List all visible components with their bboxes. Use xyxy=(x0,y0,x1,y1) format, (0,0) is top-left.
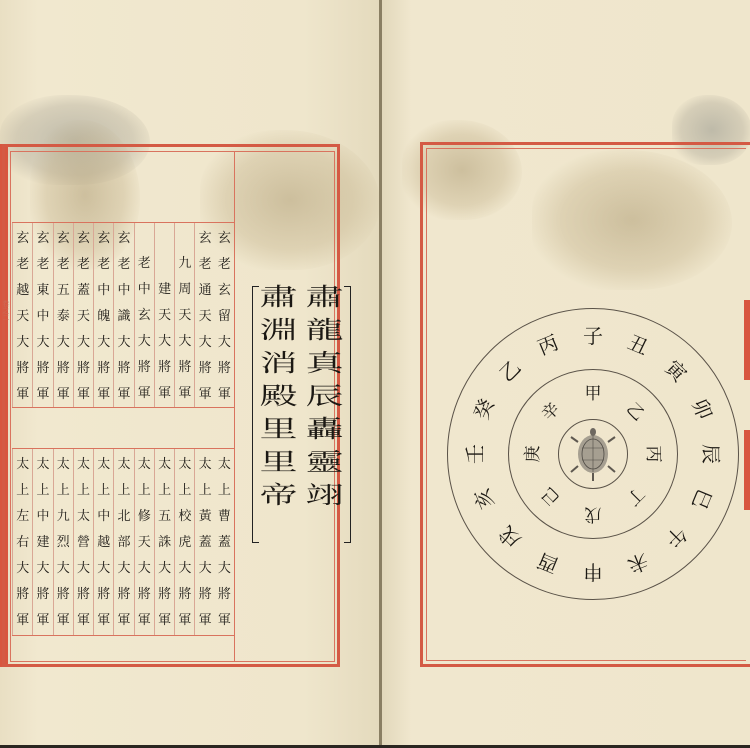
table-character: 軍 xyxy=(57,382,70,408)
bottom-register: 太上曹蓋大將軍太上黃蓋大將軍太上校虎大將軍太上五誅大將軍太上修天大將軍太上北部大… xyxy=(12,448,234,636)
table-character: 將 xyxy=(118,356,131,382)
table-character: 九 xyxy=(57,504,70,530)
ring-character: 庚 xyxy=(518,439,548,469)
table-character: 軍 xyxy=(138,381,151,407)
table-character: 大 xyxy=(36,556,49,582)
table-character: 大 xyxy=(178,329,191,355)
table-character: 老 xyxy=(218,252,231,278)
table-character: 大 xyxy=(36,330,49,356)
table-character: 大 xyxy=(199,556,212,582)
table-character: 大 xyxy=(16,330,29,356)
table-character: 老 xyxy=(16,252,29,278)
table-character: 將 xyxy=(16,356,29,382)
table-character: 玄 xyxy=(138,303,151,329)
table-character: 大 xyxy=(97,330,110,356)
table-character: 將 xyxy=(158,355,171,381)
table-column: 太上黃蓋大將軍 xyxy=(194,449,214,635)
table-character: 烈 xyxy=(57,530,70,556)
table-column: 太上太營大將軍 xyxy=(73,449,93,635)
seal-character: 肅 xyxy=(305,285,341,309)
table-character: 周 xyxy=(178,277,191,303)
table-character: 大 xyxy=(218,556,231,582)
table-character: 建 xyxy=(36,530,49,556)
table-character: 將 xyxy=(77,356,90,382)
table-column: 玄老通天大將軍 xyxy=(194,223,214,407)
page-edge-band xyxy=(744,300,750,380)
table-character: 蓋 xyxy=(77,278,90,304)
table-character: 將 xyxy=(36,582,49,608)
table-character: 軍 xyxy=(36,608,49,634)
table-character: 大 xyxy=(178,556,191,582)
left-page: 卷之二 玄老玄留大將軍玄老通天大將軍九周天大將軍建天大將軍老中玄大將軍玄老中識大… xyxy=(0,0,380,745)
table-character: 太 xyxy=(199,452,212,478)
table-character: 黃 xyxy=(199,504,212,530)
table-column: 玄老中魄大將軍 xyxy=(93,223,113,407)
table-character: 中 xyxy=(97,504,110,530)
table-character: 北 xyxy=(118,504,131,530)
table-character: 將 xyxy=(178,582,191,608)
table-column: 太上中越大將軍 xyxy=(93,449,113,635)
open-book: 卷之二 玄老玄留大將軍玄老通天大將軍九周天大將軍建天大將軍老中玄大將軍玄老中識大… xyxy=(0,0,750,748)
ring-character: 甲 xyxy=(578,379,608,409)
table-column: 太上五誅大將軍 xyxy=(154,449,174,635)
table-character: 大 xyxy=(158,556,171,582)
table-character: 玄 xyxy=(218,226,231,252)
table-character: 曹 xyxy=(218,504,231,530)
table-character: 泰 xyxy=(57,304,70,330)
table-character: 將 xyxy=(199,582,212,608)
margin-note: 卷之二 xyxy=(3,300,11,410)
table-character: 玄 xyxy=(16,226,29,252)
table-character: 老 xyxy=(138,251,151,277)
table-character: 將 xyxy=(36,356,49,382)
table-character: 天 xyxy=(138,530,151,556)
page-edge-band xyxy=(744,430,750,510)
table-character: 太 xyxy=(57,452,70,478)
seal-character: 帝 xyxy=(259,483,295,507)
table-character: 營 xyxy=(77,530,90,556)
table-character: 太 xyxy=(178,452,191,478)
table-character: 太 xyxy=(218,452,231,478)
table-character: 蓋 xyxy=(218,530,231,556)
table-character: 中 xyxy=(138,277,151,303)
seal-character: 消 xyxy=(259,351,295,375)
table-character: 太 xyxy=(36,452,49,478)
table-column: 太上校虎大將軍 xyxy=(174,449,194,635)
seal-character: 淵 xyxy=(259,318,295,342)
table-character: 大 xyxy=(158,329,171,355)
table-character: 大 xyxy=(57,330,70,356)
table-character: 大 xyxy=(138,556,151,582)
table-character: 軍 xyxy=(199,382,212,408)
table-character: 軍 xyxy=(199,608,212,634)
table-character: 上 xyxy=(218,478,231,504)
table-character: 太 xyxy=(77,504,90,530)
table-character: 上 xyxy=(138,478,151,504)
table-character: 太 xyxy=(77,452,90,478)
table-character: 上 xyxy=(16,478,29,504)
table-character: 部 xyxy=(118,530,131,556)
table-character: 老 xyxy=(36,252,49,278)
table-character: 玄 xyxy=(57,226,70,252)
table-character: 大 xyxy=(16,556,29,582)
table-character: 天 xyxy=(77,304,90,330)
table-column: 玄老五泰大將軍 xyxy=(53,223,73,407)
seal-character: 翊 xyxy=(305,483,341,507)
table-character: 軍 xyxy=(118,608,131,634)
table-character: 玄 xyxy=(118,226,131,252)
table-character: 大 xyxy=(118,330,131,356)
table-character: 五 xyxy=(57,278,70,304)
table-character: 大 xyxy=(138,329,151,355)
table-character: 老 xyxy=(199,252,212,278)
seal-character: 殿 xyxy=(259,384,295,408)
table-character: 校 xyxy=(178,504,191,530)
table-character: 軍 xyxy=(77,382,90,408)
table-character: 天 xyxy=(199,304,212,330)
table-column: 九周天大將軍 xyxy=(174,223,194,407)
table-character: 軍 xyxy=(97,382,110,408)
table-character: 上 xyxy=(199,478,212,504)
table-character: 越 xyxy=(97,530,110,556)
table-character: 玄 xyxy=(199,226,212,252)
table-character: 將 xyxy=(97,582,110,608)
table-character: 天 xyxy=(158,303,171,329)
table-character: 玄 xyxy=(77,226,90,252)
table-character: 大 xyxy=(218,330,231,356)
table-character: 大 xyxy=(97,556,110,582)
seal-character: 里 xyxy=(259,417,295,441)
table-character: 軍 xyxy=(178,381,191,407)
table-character: 老 xyxy=(118,252,131,278)
table-column: 太上左右大將軍 xyxy=(12,449,32,635)
table-character: 中 xyxy=(36,504,49,530)
table-character: 軍 xyxy=(36,382,49,408)
table-character: 太 xyxy=(97,452,110,478)
table-character: 五 xyxy=(158,504,171,530)
table-character: 天 xyxy=(178,303,191,329)
table-column: 玄老中識大將軍 xyxy=(113,223,133,407)
table-character: 上 xyxy=(77,478,90,504)
table-character: 將 xyxy=(158,582,171,608)
table-character: 上 xyxy=(57,478,70,504)
table-character: 上 xyxy=(118,478,131,504)
seal-character: 真 xyxy=(305,351,341,375)
table-character: 越 xyxy=(16,278,29,304)
table-column: 太上北部大將軍 xyxy=(113,449,133,635)
table-character: 建 xyxy=(158,277,171,303)
table-column: 老中玄大將軍 xyxy=(134,223,154,407)
table-character: 修 xyxy=(138,504,151,530)
table-character: 將 xyxy=(57,582,70,608)
table-column: 玄老越天大將軍 xyxy=(12,223,32,407)
table-character: 天 xyxy=(16,304,29,330)
ring-character: 子 xyxy=(578,321,608,351)
table-character: 大 xyxy=(118,556,131,582)
table-character: 中 xyxy=(97,278,110,304)
table-character: 左 xyxy=(16,504,29,530)
table-character: 太 xyxy=(16,452,29,478)
table-character: 軍 xyxy=(97,608,110,634)
table-character: 右 xyxy=(16,530,29,556)
table-character: 將 xyxy=(16,582,29,608)
table-character: 將 xyxy=(57,356,70,382)
table-column: 建天大將軍 xyxy=(154,223,174,407)
top-register: 玄老玄留大將軍玄老通天大將軍九周天大將軍建天大將軍老中玄大將軍玄老中識大將軍玄老… xyxy=(12,222,234,408)
table-character: 軍 xyxy=(178,608,191,634)
seal-character: 轟 xyxy=(305,417,341,441)
seal-script-title: 肅龍真辰轟靈翊肅淵消殿里里帝 xyxy=(252,280,348,545)
ring-character: 辰 xyxy=(696,439,726,469)
ring-character: 壬 xyxy=(460,439,490,469)
table-character: 虎 xyxy=(178,530,191,556)
ring-character: 申 xyxy=(578,557,608,587)
seal-title-column: 肅淵消殿里里帝 xyxy=(255,280,299,545)
table-character: 將 xyxy=(138,582,151,608)
table-character: 軍 xyxy=(16,382,29,408)
ring-character: 戊 xyxy=(578,499,608,529)
table-character: 中 xyxy=(118,278,131,304)
table-column: 太上九烈大將軍 xyxy=(53,449,73,635)
table-character: 大 xyxy=(57,556,70,582)
table-character: 上 xyxy=(178,478,191,504)
table-character: 玄 xyxy=(36,226,49,252)
table-column: 太上中建大將軍 xyxy=(32,449,52,635)
seal-character: 靈 xyxy=(305,450,341,474)
table-column: 太上修天大將軍 xyxy=(134,449,154,635)
ring-character: 丙 xyxy=(638,439,668,469)
table-character: 軍 xyxy=(158,608,171,634)
table-character: 大 xyxy=(77,556,90,582)
table-character: 軍 xyxy=(16,608,29,634)
table-character: 將 xyxy=(97,356,110,382)
table-character: 將 xyxy=(138,355,151,381)
seal-character: 龍 xyxy=(305,318,341,342)
table-character: 大 xyxy=(77,330,90,356)
table-character: 老 xyxy=(57,252,70,278)
table-character: 魄 xyxy=(97,304,110,330)
table-character: 通 xyxy=(199,278,212,304)
table-column: 太上曹蓋大將軍 xyxy=(215,449,234,635)
table-column: 玄老東中大將軍 xyxy=(32,223,52,407)
table-character: 誅 xyxy=(158,530,171,556)
table-character: 將 xyxy=(199,356,212,382)
table-character: 老 xyxy=(77,252,90,278)
table-character: 中 xyxy=(36,304,49,330)
table-character: 上 xyxy=(36,478,49,504)
seal-character: 肅 xyxy=(259,285,295,309)
table-character: 上 xyxy=(158,478,171,504)
table-character: 將 xyxy=(178,355,191,381)
table-character: 太 xyxy=(158,452,171,478)
table-character: 上 xyxy=(97,478,110,504)
table-character: 玄 xyxy=(218,278,231,304)
table-character: 太 xyxy=(118,452,131,478)
table-character: 軍 xyxy=(77,608,90,634)
table-character: 太 xyxy=(138,452,151,478)
table-character: 玄 xyxy=(97,226,110,252)
table-character: 軍 xyxy=(118,382,131,408)
table-column: 玄老玄留大將軍 xyxy=(215,223,234,407)
table-character: 大 xyxy=(199,330,212,356)
table-character: 軍 xyxy=(218,382,231,408)
table-character: 留 xyxy=(218,304,231,330)
table-character: 軍 xyxy=(138,608,151,634)
table-character: 蓋 xyxy=(199,530,212,556)
table-column: 玄老蓋天大將軍 xyxy=(73,223,93,407)
seal-character: 辰 xyxy=(305,384,341,408)
table-character: 軍 xyxy=(57,608,70,634)
turtle-icon xyxy=(568,424,618,484)
stems-branches-diagram: 甲乙丙丁戊己庚辛子丑寅卯辰巳午未申酉戌亥壬癸乙丙 xyxy=(447,308,739,600)
table-character: 九 xyxy=(178,251,191,277)
table-character: 識 xyxy=(118,304,131,330)
seal-title-column: 肅龍真辰轟靈翊 xyxy=(301,280,345,545)
seal-character: 里 xyxy=(259,450,295,474)
table-character: 將 xyxy=(218,582,231,608)
column-divider xyxy=(234,151,235,662)
table-character: 軍 xyxy=(218,608,231,634)
generals-table: 玄老玄留大將軍玄老通天大將軍九周天大將軍建天大將軍老中玄大將軍玄老中識大將軍玄老… xyxy=(12,222,234,636)
table-character: 老 xyxy=(97,252,110,278)
table-character: 將 xyxy=(118,582,131,608)
table-character: 軍 xyxy=(158,381,171,407)
table-character: 東 xyxy=(36,278,49,304)
table-character: 將 xyxy=(77,582,90,608)
table-character: 將 xyxy=(218,356,231,382)
